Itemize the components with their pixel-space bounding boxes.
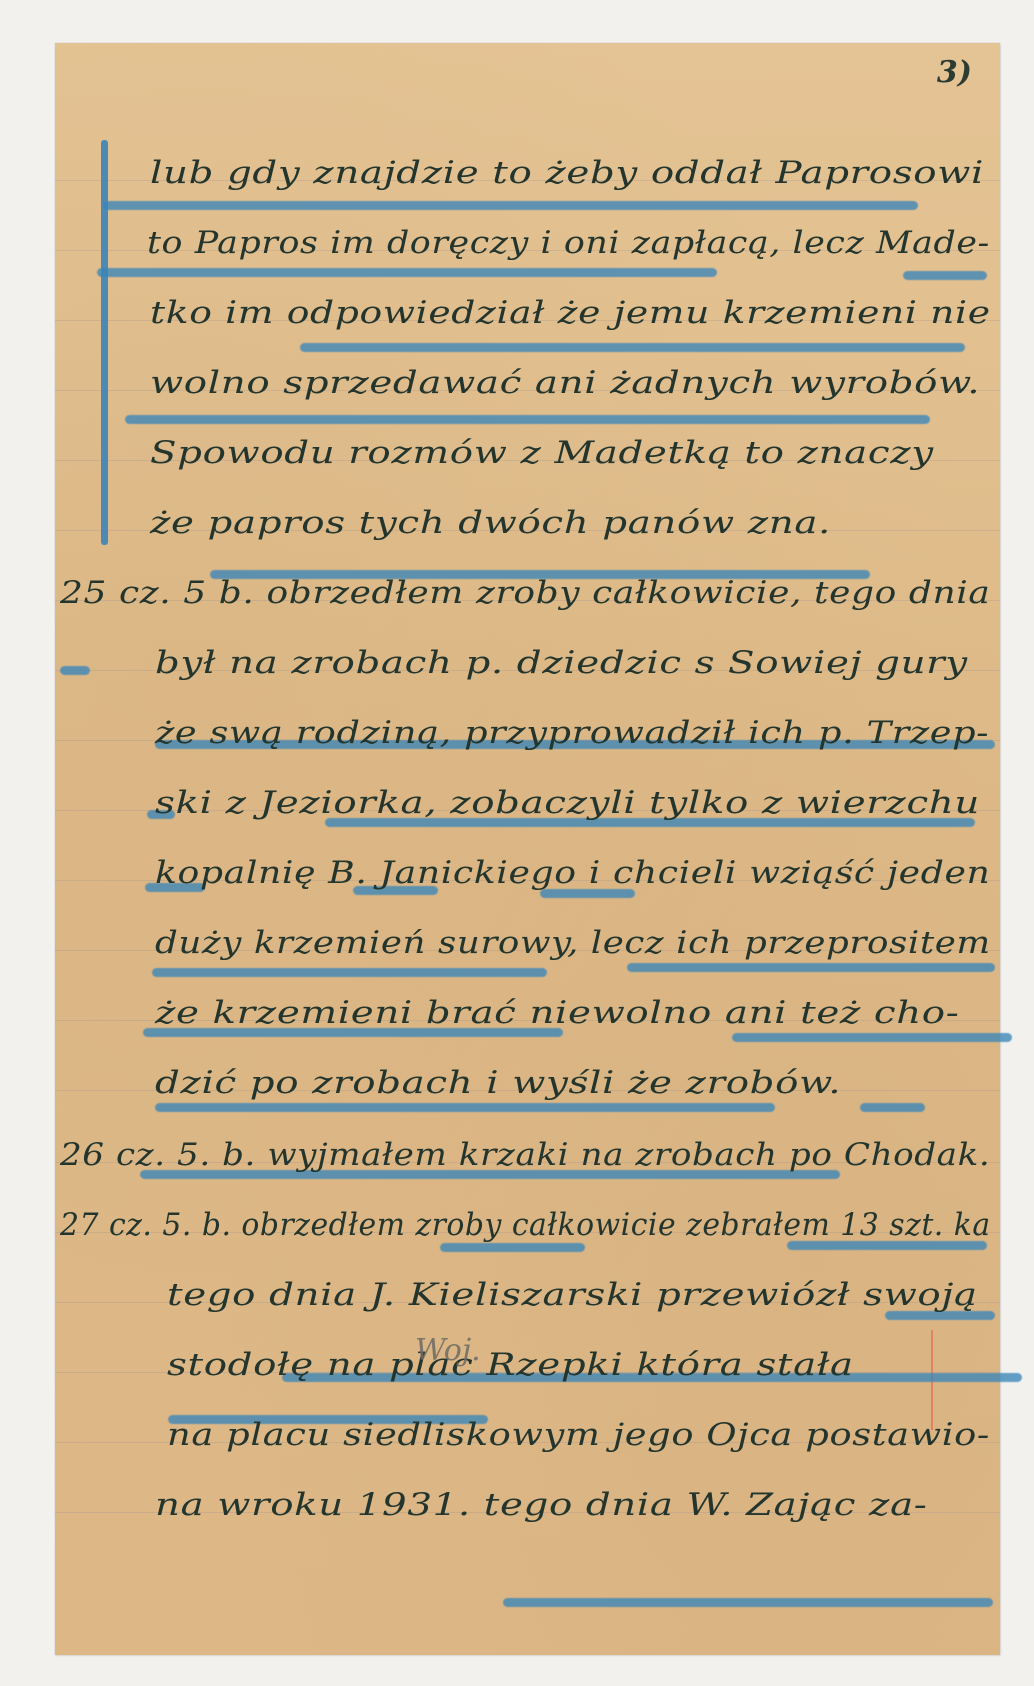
text-line-12: duży krzemień surowy, lecz ich przeprosi…	[155, 923, 991, 963]
blue-underline	[152, 968, 547, 977]
text-line-8: był na zrobach p. dziedzic s Sowiej gury	[155, 643, 968, 683]
blue-underline	[300, 343, 965, 352]
text-line-3: tko im odpowiedział że jemu krzemieni ni…	[150, 293, 991, 333]
grey-pencil-insert: Woj.	[415, 1333, 481, 1368]
blue-underline	[903, 271, 987, 280]
text-line-7: 25 cz. 5 b. obrzedłem zroby całkowicie, …	[60, 573, 990, 613]
blue-underline	[860, 1103, 925, 1112]
text-line-13: że krzemieni brać niewolno ani też cho-	[155, 993, 959, 1033]
blue-underline	[732, 1033, 1012, 1042]
text-line-6: że papros tych dwóch panów zna.	[150, 503, 831, 543]
text-line-18: stodołę na plac Rzepki która stała	[167, 1345, 854, 1385]
blue-underline	[97, 268, 717, 277]
text-line-14: dzić po zrobach i wyśli że zrobów.	[155, 1063, 841, 1103]
blue-underline	[155, 1103, 775, 1112]
text-line-4: wolno sprzedawać ani żadnych wyrobów.	[150, 363, 980, 403]
text-line-9: że swą rodziną, przyprowadził ich p. Trz…	[155, 713, 989, 753]
text-line-11: kopalnię B. Janickiego i chcieli wziąść …	[155, 853, 990, 893]
text-line-1: lub gdy znajdzie to żeby oddał Paprosowi	[150, 153, 984, 193]
blue-underline	[503, 1598, 993, 1607]
blue-underline	[103, 201, 918, 210]
text-line-16: 27 cz. 5. b. obrzedłem zroby całkowicie …	[60, 1205, 991, 1245]
text-line-15: 26 cz. 5. b. wyjmałem krzaki na zrobach …	[60, 1135, 990, 1175]
text-line-2: to Papros im doręczy i oni zapłacą, lecz…	[147, 223, 990, 263]
text-line-5: Spowodu rozmów z Madetką to znaczy	[150, 433, 934, 473]
text-line-17: tego dnia J. Kieliszarski przewiózł swoj…	[167, 1275, 978, 1315]
text-line-10: ski z Jeziorka, zobaczyli tylko z wierzc…	[155, 783, 980, 823]
manuscript-page: 3) lub gdy znajdzie to żeby oddał Papros…	[55, 43, 1000, 1655]
text-line-20: na wroku 1931. tego dnia W. Zając za-	[155, 1485, 928, 1525]
page-number: 3)	[937, 55, 972, 90]
text-line-19: na placu siedliskowym jego Ojca postawio…	[167, 1415, 990, 1455]
blue-underline	[627, 963, 995, 972]
blue-underline	[125, 415, 930, 424]
blue-underline	[60, 666, 90, 675]
